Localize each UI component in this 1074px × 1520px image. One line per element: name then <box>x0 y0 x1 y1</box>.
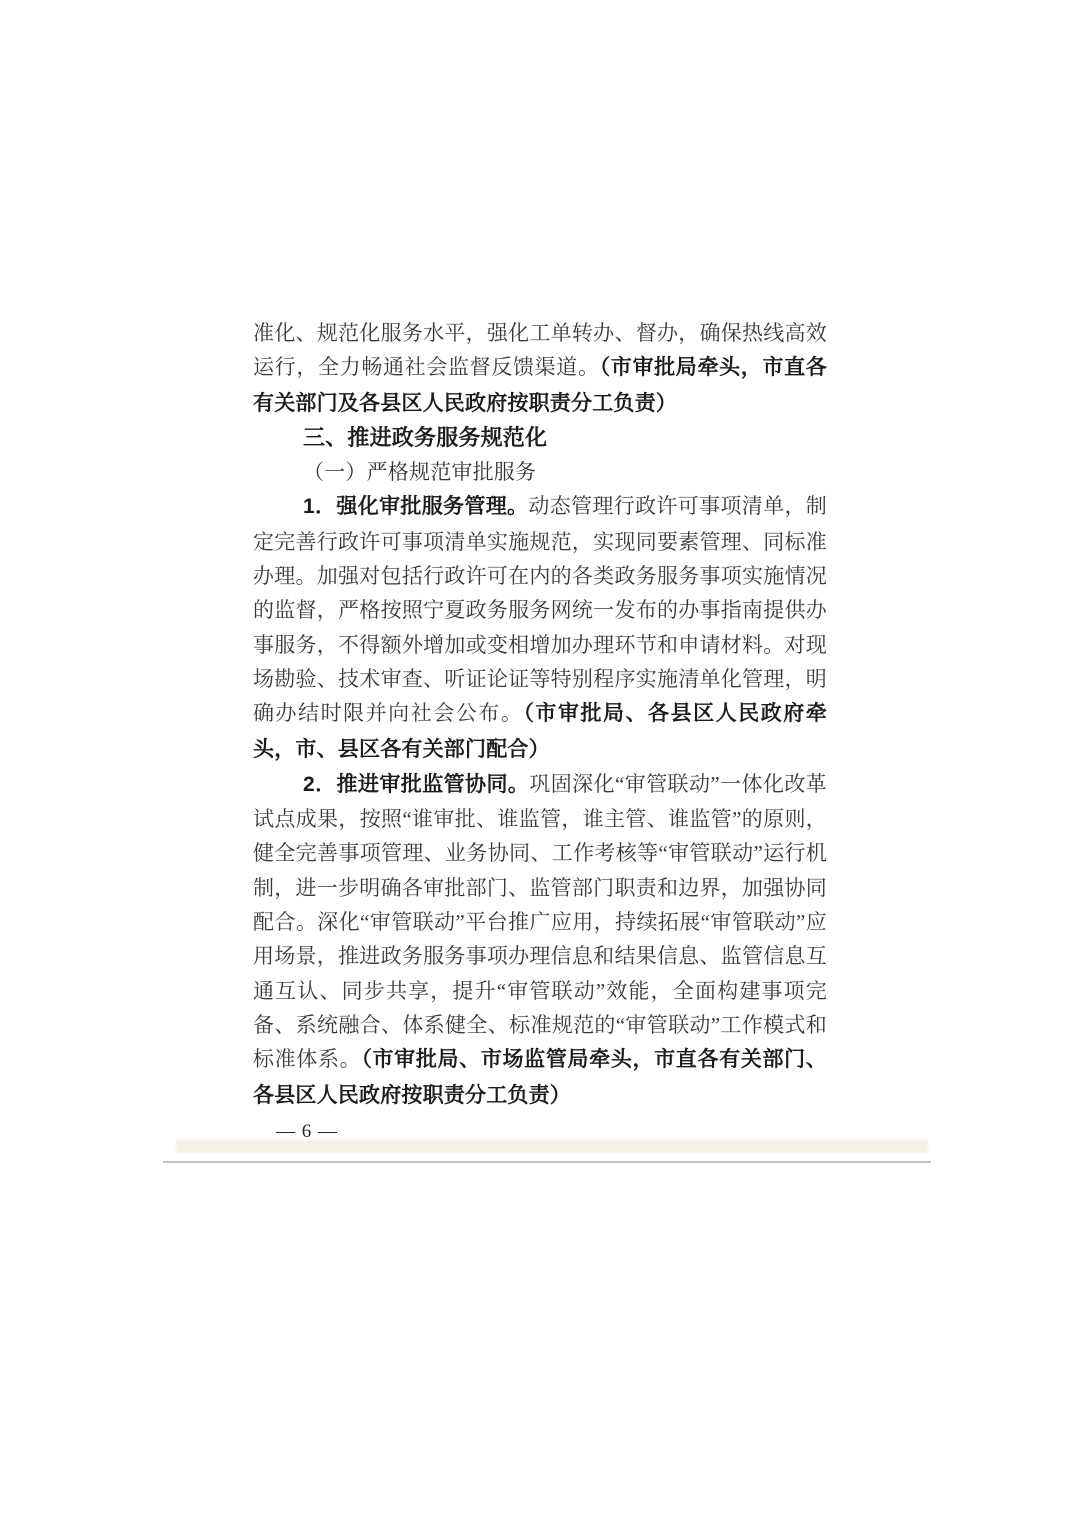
paragraph-2: 2．推进审批监管协同。巩固深化“审管联动”一体化改革试点成果，按照“谁审批、谁监… <box>253 767 827 1113</box>
paragraph-1-lead: 1．强化审批服务管理。 <box>303 495 528 518</box>
document-text-block: 准化、规范化服务水平，强化工单转办、督办，确保热线高效运行，全力畅通社会监督反馈… <box>253 316 827 1113</box>
paragraph-1-text: 动态管理行政许可事项清单，制定完善行政许可事项清单实施规范，实现同要素管理、同标… <box>253 494 827 725</box>
paragraph-2-lead: 2．推进审批监管协同。 <box>303 773 529 796</box>
subsection-heading: （一）严格规范审批服务 <box>253 455 827 489</box>
paragraph-1: 1．强化审批服务管理。动态管理行政许可事项清单，制定完善行政许可事项清单实施规范… <box>253 489 827 766</box>
section-heading: 三、推进政务服务规范化 <box>253 421 827 455</box>
paragraph-2-text: 巩固深化“审管联动”一体化改革试点成果，按照“谁审批、谁监管，谁主管、谁监管”的… <box>253 772 827 1071</box>
intro-paragraph: 准化、规范化服务水平，强化工单转办、督办，确保热线高效运行，全力畅通社会监督反馈… <box>253 316 827 421</box>
scan-edge-band <box>176 1140 928 1153</box>
scan-edge-line <box>163 1161 931 1163</box>
scanned-document-page: 准化、规范化服务水平，强化工单转办、督办，确保热线高效运行，全力畅通社会监督反馈… <box>0 0 1074 1520</box>
